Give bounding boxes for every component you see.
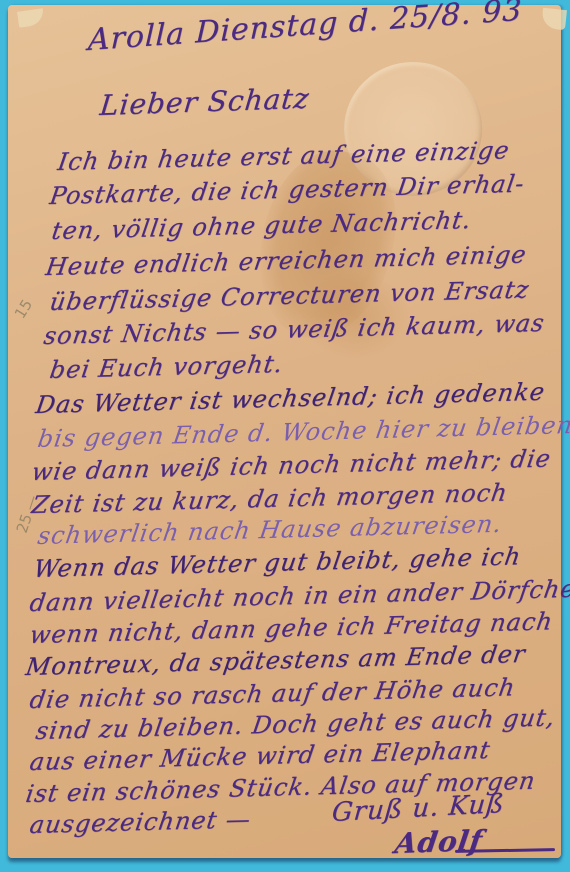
corner-chip-top-right <box>541 8 567 30</box>
handwriting-line: ausgezeichnet — <box>28 807 253 837</box>
corner-chip-top-left <box>17 8 45 27</box>
salutation: Lieber Schatz <box>99 85 311 120</box>
signature: Adolf <box>393 827 485 858</box>
postcard-scan: 15 25 — Arolla Dienstag d. 25/8. 93 Lieb… <box>0 0 570 872</box>
handwriting-line: bei Euch vorgeht. <box>48 352 285 382</box>
